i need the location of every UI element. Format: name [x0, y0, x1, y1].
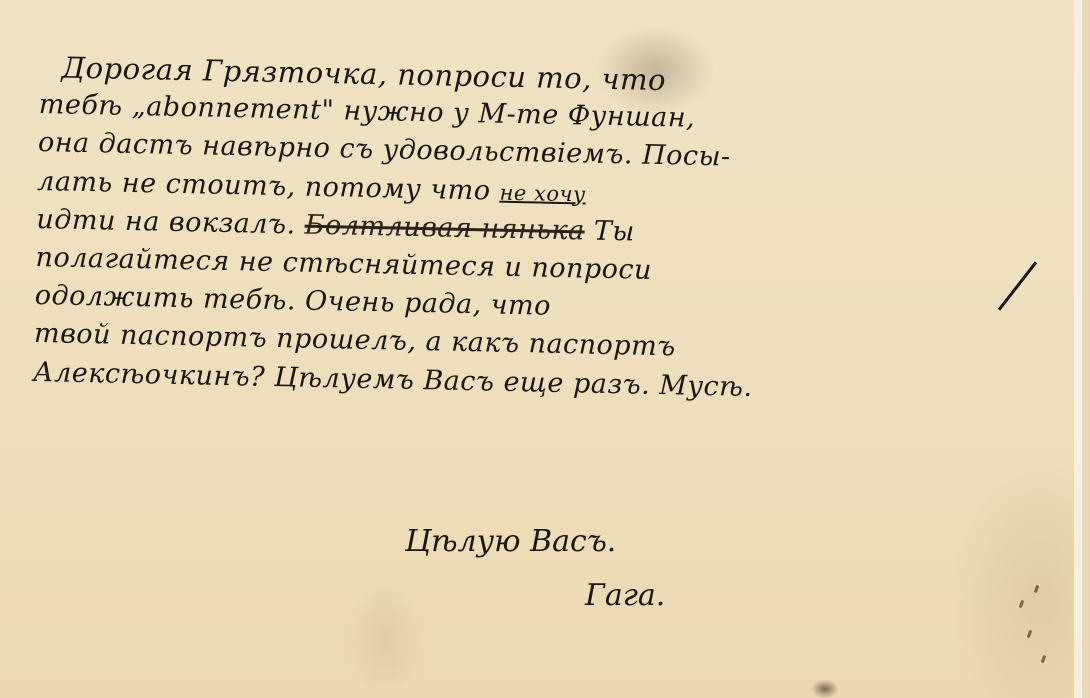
- ink-stain: [812, 680, 838, 698]
- letter-body: Дорогая Грязточка, попроси то, что тебѣ …: [33, 48, 1080, 413]
- postcard: Дорогая Грязточка, попроси то, что тебѣ …: [0, 0, 1082, 698]
- signature: Гага.: [585, 578, 665, 613]
- line-5-tail: Ты: [593, 215, 635, 247]
- line-5-text: идти на вокзалъ.: [36, 204, 296, 240]
- ink-fleck: [1019, 600, 1025, 609]
- ink-fleck: [1041, 655, 1047, 664]
- closing-phrase: Цѣлую Васъ.: [405, 524, 616, 559]
- ink-fleck: [1027, 630, 1033, 639]
- struck-out-text: Болтливая нянька: [304, 209, 585, 246]
- underlined-phrase: не хочу: [499, 180, 586, 206]
- ink-fleck: [1034, 585, 1040, 594]
